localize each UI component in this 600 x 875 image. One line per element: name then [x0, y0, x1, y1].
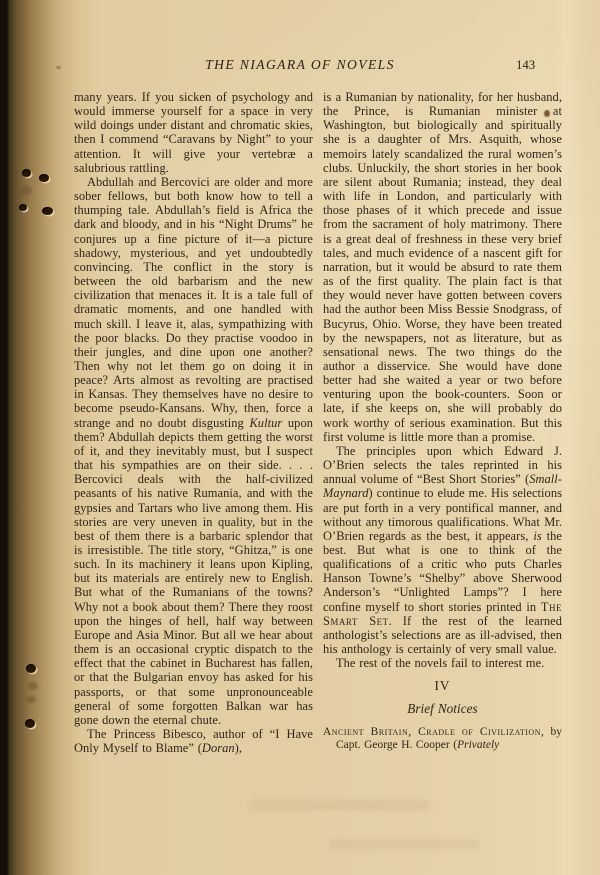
stitch-smudge [20, 186, 32, 195]
left-column: many years. If you sicken of psychology … [74, 90, 313, 755]
paragraph: The principles upon which Edward J. O’Br… [323, 444, 562, 656]
stitch-hole [19, 204, 27, 211]
paragraph: The Princess Bibesco, author of “I Have … [74, 727, 313, 755]
paragraph: The rest of the novels fail to interest … [323, 656, 562, 670]
stitch-smudge [26, 696, 36, 703]
stitch-hole [26, 664, 36, 673]
show-through-mark [330, 840, 480, 849]
scanned-book-page: THE NIAGARA OF NOVELS 143 many years. If… [0, 0, 600, 875]
right-column: is a Rumanian by nationality, for her hu… [323, 90, 562, 755]
stitch-hole [25, 719, 35, 728]
show-through-mark [250, 800, 430, 810]
running-title: THE NIAGARA OF NOVELS [0, 57, 600, 73]
stitch-hole [39, 174, 49, 182]
stitch-smudge [28, 682, 38, 690]
paragraph: many years. If you sicken of psychology … [74, 90, 313, 175]
stitch-hole [42, 207, 53, 215]
paragraph: Abdullah and Bercovici are older and mor… [74, 175, 313, 727]
notice-entry: Ancient Britain, Cradle of Civilization,… [323, 726, 562, 753]
page-number: 143 [516, 58, 535, 73]
stitch-hole [22, 169, 31, 177]
section-number: IV [323, 679, 562, 693]
text-block: many years. If you sicken of psychology … [74, 90, 562, 755]
notices-heading: Brief Notices [323, 702, 562, 716]
paragraph: is a Rumanian by nationality, for her hu… [323, 90, 562, 444]
